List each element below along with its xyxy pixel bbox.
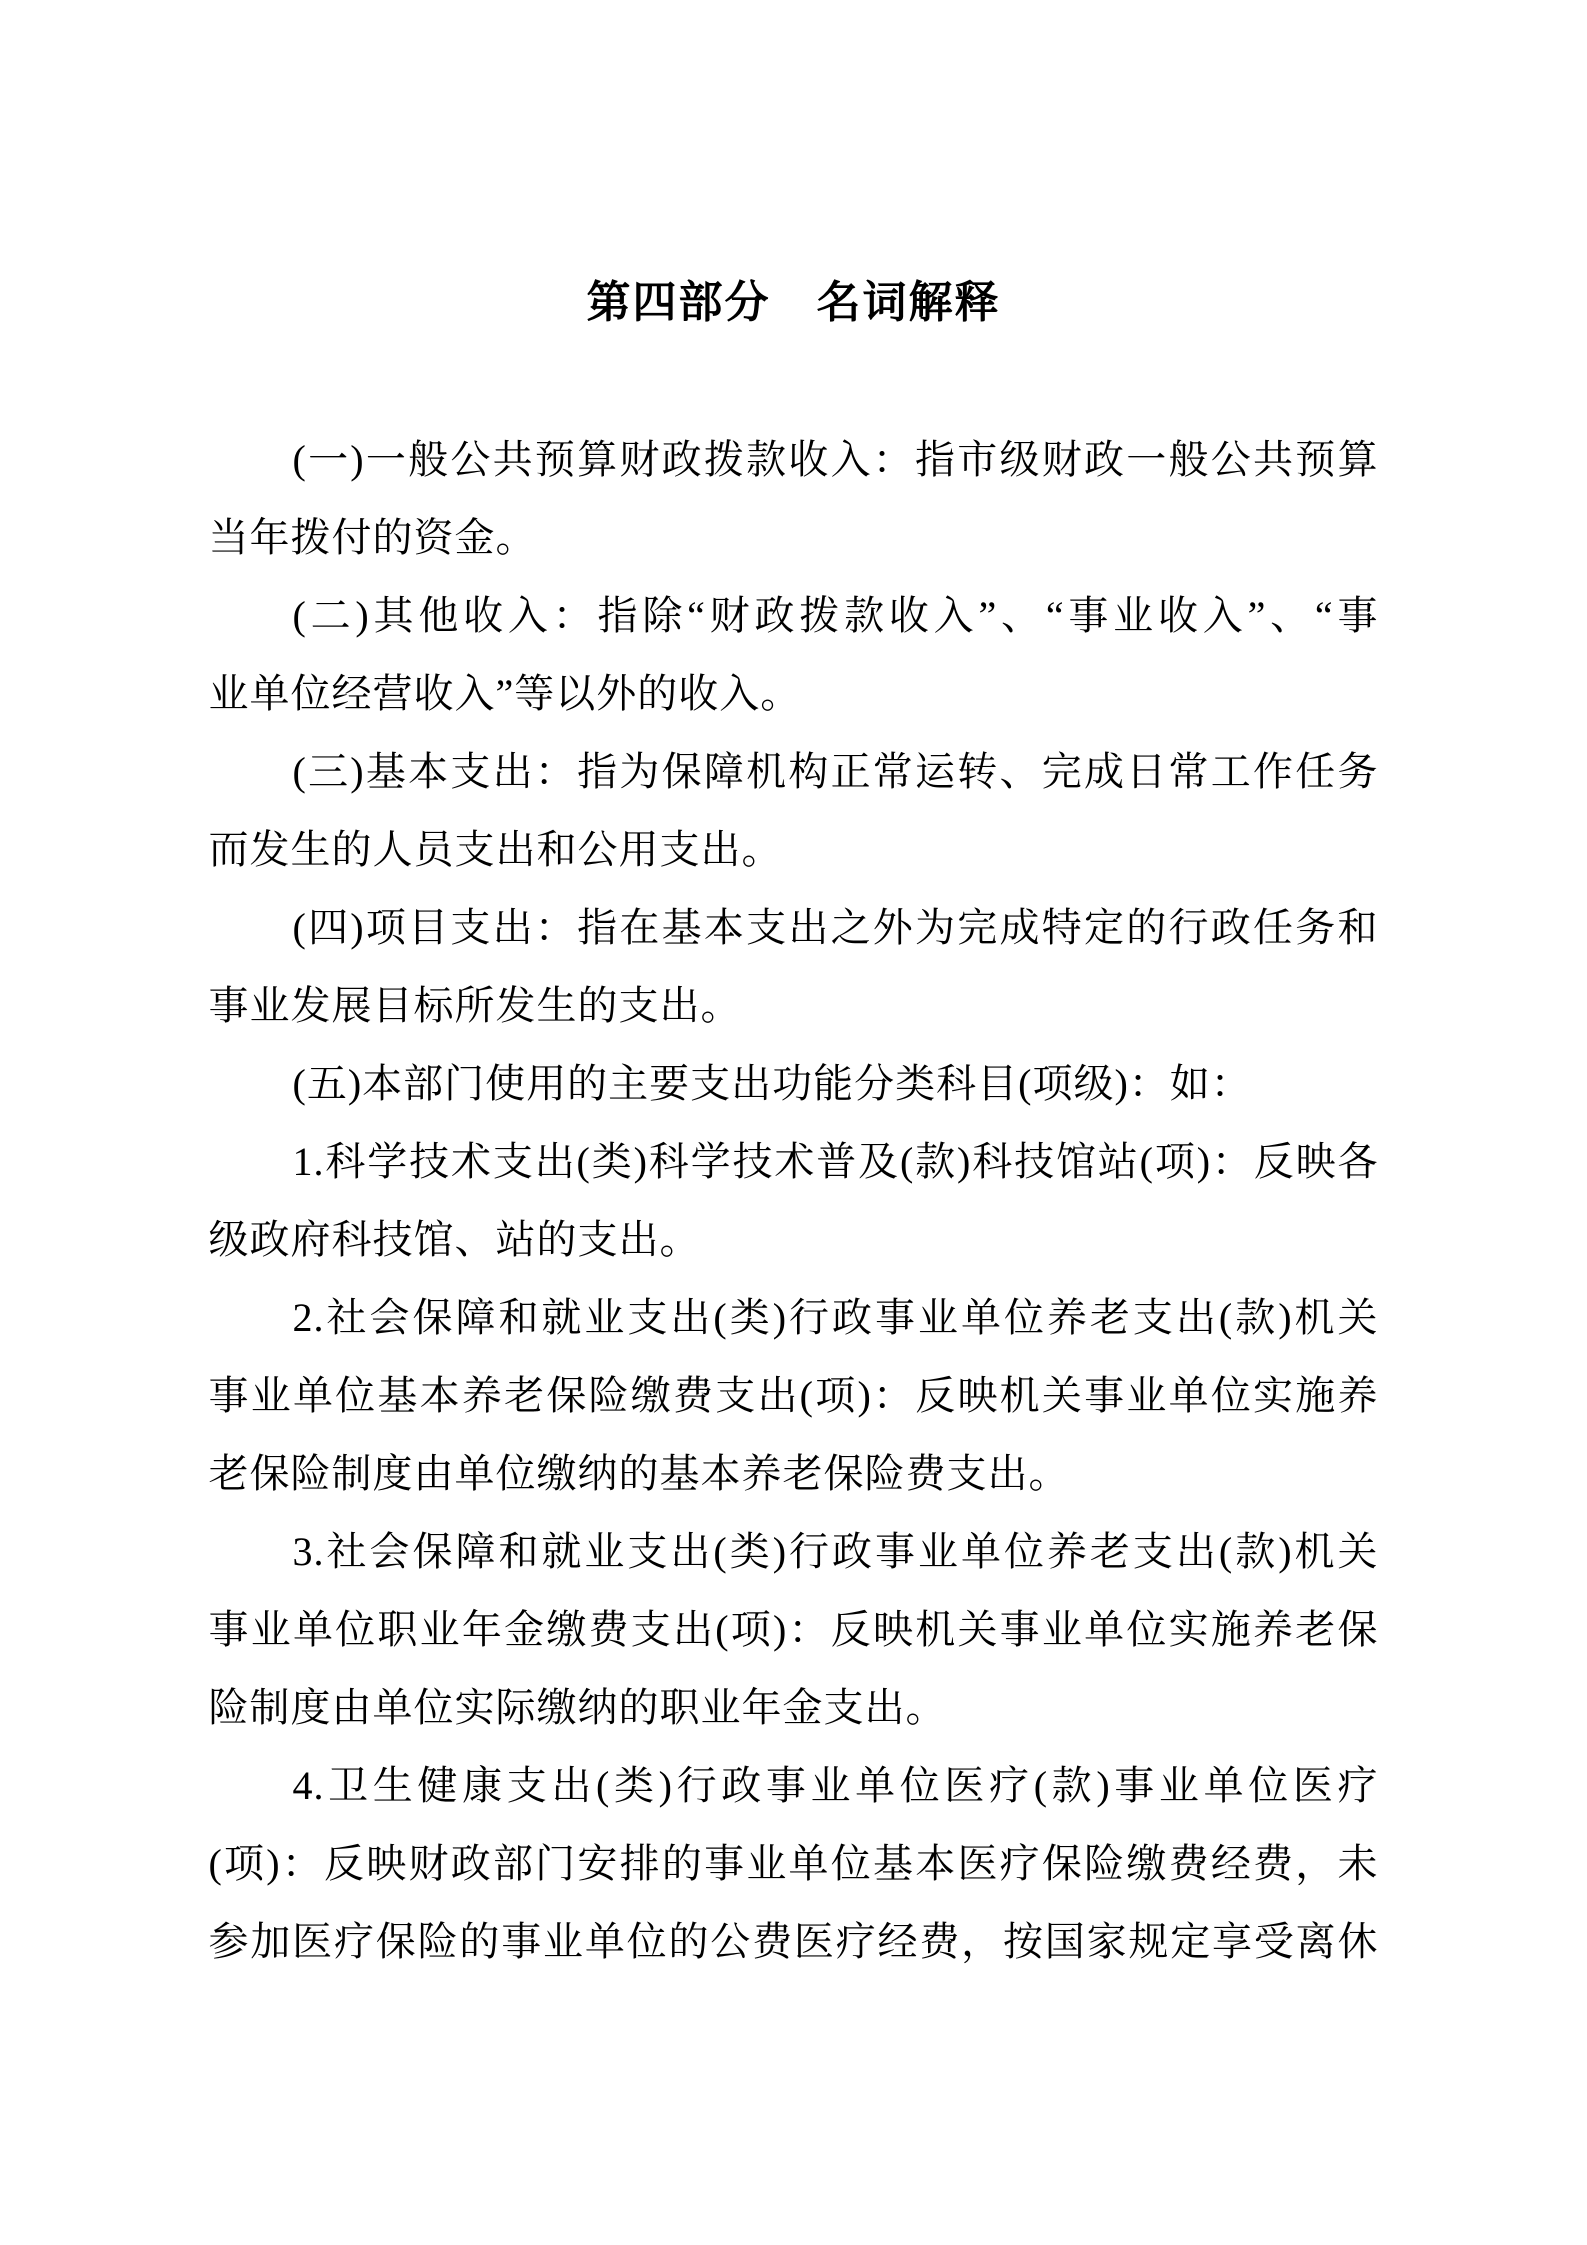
paragraph-line: 3.社会保障和就业支出(类)行政事业单位养老支出(款)机关 <box>209 1513 1379 1591</box>
paragraph-line: 2.社会保障和就业支出(类)行政事业单位养老支出(款)机关 <box>209 1279 1379 1357</box>
paragraph-line: 事业单位基本养老保险缴费支出(项)：反映机关事业单位实施养 <box>209 1357 1379 1435</box>
paragraph-line: 而发生的人员支出和公用支出。 <box>209 811 1379 889</box>
paragraph-line: 老保险制度由单位缴纳的基本养老保险费支出。 <box>209 1435 1379 1513</box>
paragraph-line: 参加医疗保险的事业单位的公费医疗经费，按国家规定享受离休 <box>209 1903 1379 1981</box>
paragraph-line: 事业发展目标所发生的支出。 <box>209 967 1379 1045</box>
paragraph: (五)本部门使用的主要支出功能分类科目(项级)：如： <box>209 1045 1379 1123</box>
paragraph-line: 险制度由单位实际缴纳的职业年金支出。 <box>209 1669 1379 1747</box>
paragraph: 1.科学技术支出(类)科学技术普及(款)科技馆站(项)：反映各级政府科技馆、站的… <box>209 1123 1379 1279</box>
document-page: 第四部分 名词解释 (一)一般公共预算财政拨款收入：指市级财政一般公共预算当年拨… <box>0 0 1587 2245</box>
paragraph: 4.卫生健康支出(类)行政事业单位医疗(款)事业单位医疗(项)：反映财政部门安排… <box>209 1747 1379 1981</box>
paragraph: (一)一般公共预算财政拨款收入：指市级财政一般公共预算当年拨付的资金。 <box>209 421 1379 577</box>
paragraph-line: 业单位经营收入”等以外的收入。 <box>209 655 1379 733</box>
paragraph-line: 1.科学技术支出(类)科学技术普及(款)科技馆站(项)：反映各 <box>209 1123 1379 1201</box>
paragraph-line: 4.卫生健康支出(类)行政事业单位医疗(款)事业单位医疗 <box>209 1747 1379 1825</box>
paragraph-line: (项)：反映财政部门安排的事业单位基本医疗保险缴费经费，未 <box>209 1825 1379 1903</box>
document-body: (一)一般公共预算财政拨款收入：指市级财政一般公共预算当年拨付的资金。(二)其他… <box>209 421 1379 1981</box>
paragraph: (二)其他收入：指除“财政拨款收入”、“事业收入”、“事业单位经营收入”等以外的… <box>209 577 1379 733</box>
paragraph: (三)基本支出：指为保障机构正常运转、完成日常工作任务而发生的人员支出和公用支出… <box>209 733 1379 889</box>
paragraph-line: 当年拨付的资金。 <box>209 499 1379 577</box>
paragraph-line: (五)本部门使用的主要支出功能分类科目(项级)：如： <box>209 1045 1379 1123</box>
section-title: 第四部分 名词解释 <box>0 278 1587 328</box>
paragraph-line: (四)项目支出：指在基本支出之外为完成特定的行政任务和 <box>209 889 1379 967</box>
paragraph-line: (二)其他收入：指除“财政拨款收入”、“事业收入”、“事 <box>209 577 1379 655</box>
paragraph: 2.社会保障和就业支出(类)行政事业单位养老支出(款)机关事业单位基本养老保险缴… <box>209 1279 1379 1513</box>
paragraph-line: (一)一般公共预算财政拨款收入：指市级财政一般公共预算 <box>209 421 1379 499</box>
paragraph: 3.社会保障和就业支出(类)行政事业单位养老支出(款)机关事业单位职业年金缴费支… <box>209 1513 1379 1747</box>
paragraph-line: (三)基本支出：指为保障机构正常运转、完成日常工作任务 <box>209 733 1379 811</box>
paragraph: (四)项目支出：指在基本支出之外为完成特定的行政任务和事业发展目标所发生的支出。 <box>209 889 1379 1045</box>
paragraph-line: 事业单位职业年金缴费支出(项)：反映机关事业单位实施养老保 <box>209 1591 1379 1669</box>
paragraph-line: 级政府科技馆、站的支出。 <box>209 1201 1379 1279</box>
